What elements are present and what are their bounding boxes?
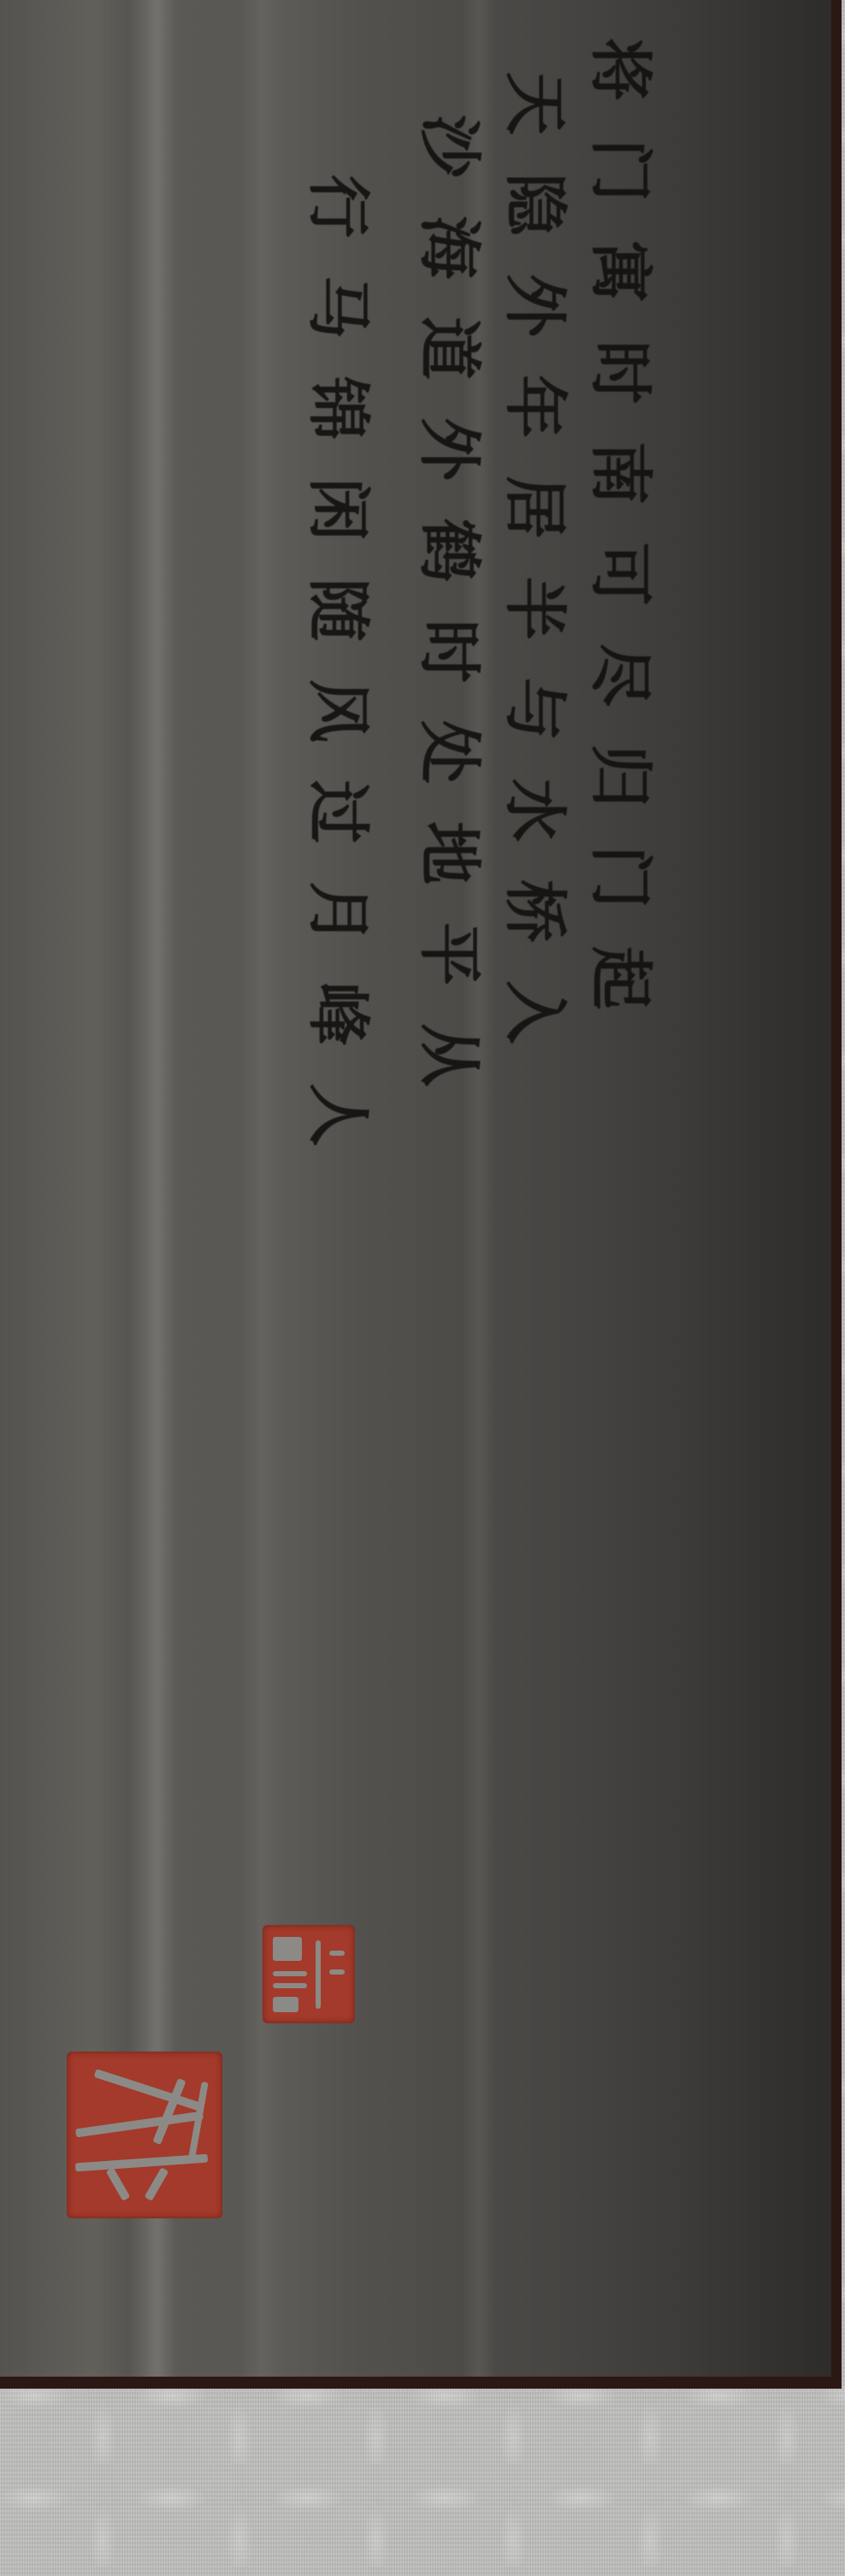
calligraphy-column-3: 沙 海 道 外 鹤 时 处 地 平 从 (419, 94, 479, 1104)
ink-glyph: 过 (306, 780, 369, 840)
calligraphy-column-4: 行 马 锦 闲 随 风 过 月 峰 人 (308, 154, 368, 1164)
ink-glyph: 沙 (417, 115, 481, 175)
ink-glyph: 峰 (306, 982, 369, 1042)
ink-glyph: 入 (503, 980, 566, 1040)
wash-streak (128, 0, 180, 2377)
ink-glyph: 桥 (503, 879, 566, 939)
ink-glyph: 归 (588, 744, 652, 804)
ink-glyph: 门 (588, 139, 652, 198)
ink-glyph: 隐 (503, 173, 566, 233)
ink-glyph: 居 (503, 476, 566, 536)
ink-glyph: 尽 (588, 643, 652, 703)
calligraphy-paper: 将 门 寓 时 南 可 尽 归 门 起 天 隐 外 年 居 半 与 水 桥 入 … (0, 0, 842, 2389)
ink-glyph: 将 (588, 38, 652, 98)
ink-glyph: 时 (417, 619, 481, 679)
ink-glyph: 门 (588, 845, 652, 905)
ink-glyph: 年 (503, 375, 566, 435)
ink-glyph: 外 (503, 274, 566, 334)
ink-glyph: 随 (306, 578, 369, 638)
ink-glyph: 外 (417, 417, 481, 477)
ink-glyph: 时 (588, 341, 652, 400)
ink-glyph: 与 (503, 678, 566, 737)
ink-glyph: 海 (417, 216, 481, 275)
ink-glyph: 南 (588, 441, 652, 501)
ink-glyph: 人 (306, 1083, 369, 1143)
ink-glyph: 鹤 (417, 518, 481, 578)
ink-glyph: 锦 (306, 376, 369, 436)
ink-glyph: 地 (417, 821, 481, 881)
calligraphy-column-1: 将 门 寓 时 南 可 尽 归 门 起 (590, 17, 650, 1027)
calligraphy-column-2: 天 隐 外 年 居 半 与 水 桥 入 (505, 51, 564, 1061)
ink-glyph: 行 (306, 175, 369, 234)
ink-glyph: 平 (417, 922, 481, 982)
ink-glyph: 起 (588, 946, 652, 1006)
small-seal (263, 1925, 355, 2023)
ink-glyph: 寓 (588, 240, 652, 299)
ink-glyph: 可 (588, 542, 652, 602)
ink-glyph: 道 (417, 317, 481, 376)
ink-glyph: 马 (306, 275, 369, 335)
ink-glyph: 月 (306, 881, 369, 941)
ink-glyph: 半 (503, 577, 566, 637)
ink-glyph: 闲 (306, 477, 369, 537)
ink-glyph: 天 (503, 72, 566, 132)
ink-glyph: 处 (417, 720, 481, 780)
large-seal (67, 2052, 222, 2218)
ink-glyph: 风 (306, 679, 369, 739)
ink-glyph: 从 (417, 1023, 481, 1083)
ink-glyph: 水 (503, 779, 566, 838)
